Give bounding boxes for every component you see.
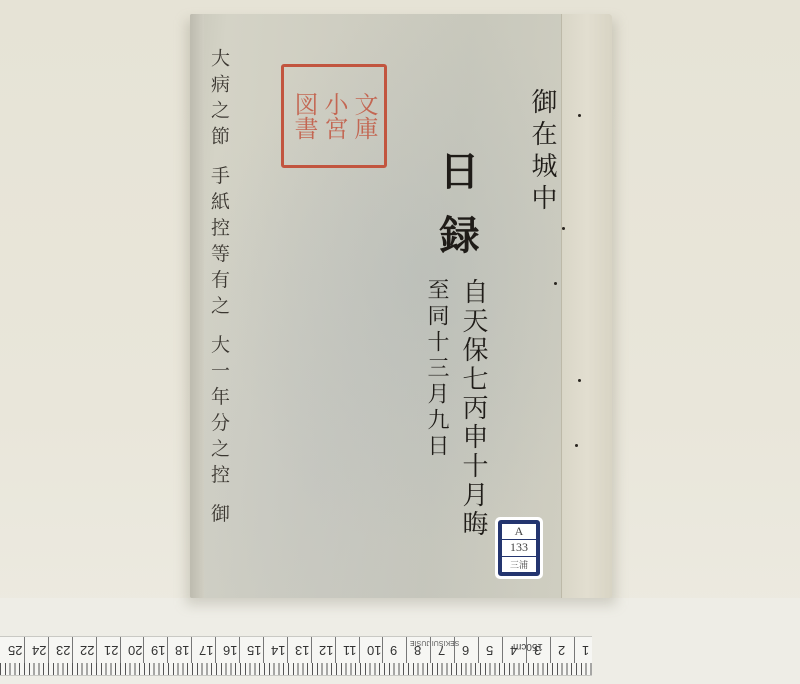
ruler-number: 6 [462,643,469,658]
ruler-division [359,637,360,663]
ruler-division [120,637,121,663]
ruler-number: 11 [343,643,357,658]
ruler-division [239,637,240,663]
ruler-number: 21 [104,643,118,658]
ruler-ticks [0,663,592,675]
ruler-number: 2 [558,643,565,658]
catalog-label: A 133 三浦 [495,517,543,579]
manuscript-title: 日録 [428,150,485,278]
ruler-number: 10 [367,643,381,658]
ruler-division [382,637,383,663]
ruler-division [430,637,431,663]
ruler-number: 1 [582,643,589,658]
ruler-division [72,637,73,663]
ruler-number: 22 [80,643,94,658]
ruler-number: 16 [223,643,237,658]
ruler-number: 14 [271,643,285,658]
label-series: A [502,524,536,540]
ruler-number: 7 [438,643,445,658]
label-number: 133 [502,540,536,556]
stitch-hole [578,379,581,382]
label-collection: 三浦 [502,557,536,572]
ruler-number: 8 [414,643,421,658]
ruler-number: 3 [534,643,541,658]
ruler-division [96,637,97,663]
stitch-hole [554,282,557,285]
binding-spine [561,14,612,598]
ruler-number: 4 [510,643,517,658]
stitch-hole [575,444,578,447]
ruler-division [263,637,264,663]
ruler-division [454,637,455,663]
measuring-ruler: SEKISUI JUSIE 150cm 25242322212019181716… [0,636,592,676]
stitch-hole [578,114,581,117]
ruler-division [502,637,503,663]
ruler-number: 19 [151,643,165,658]
ruler-number: 23 [56,643,70,658]
ruler-division [215,637,216,663]
ruler-division [478,637,479,663]
ruler-division [574,637,575,663]
seal-char: 小宮 [320,73,348,159]
stitch-hole [562,227,565,230]
ruler-division [311,637,312,663]
title-date-from: 自天保七丙申十月晦 [455,278,492,539]
ruler-number: 17 [199,643,213,658]
seal-char: 文庫 [350,73,378,159]
ruler-division [191,637,192,663]
ruler-division [550,637,551,663]
ruler-division [287,637,288,663]
ruler-division [526,637,527,663]
ruler-number: 9 [390,643,397,658]
ruler-division [143,637,144,663]
ruler-division [24,637,25,663]
ruler-number: 24 [32,643,46,658]
ruler-number: 15 [247,643,261,658]
title-date-to: 至同十三月九日 [421,278,452,460]
ruler-division [406,637,407,663]
left-margin-note: 大病之節 手紙控等有之 大一年分之控 御 [206,48,233,529]
red-ownership-seal: 図書 小宮 文庫 [281,64,387,168]
ruler-number: 20 [128,643,142,658]
ruler-number: 12 [319,643,333,658]
ruler-number: 13 [295,643,309,658]
cover-left-edge [190,14,204,598]
ruler-number: 5 [486,643,493,658]
seal-char: 図書 [290,73,318,159]
ruler-division [48,637,49,663]
ruler-division [167,637,168,663]
right-note: 御在城中 [524,88,561,216]
ruler-number: 25 [8,643,22,658]
ruler-number: 18 [175,643,189,658]
ruler-division [335,637,336,663]
